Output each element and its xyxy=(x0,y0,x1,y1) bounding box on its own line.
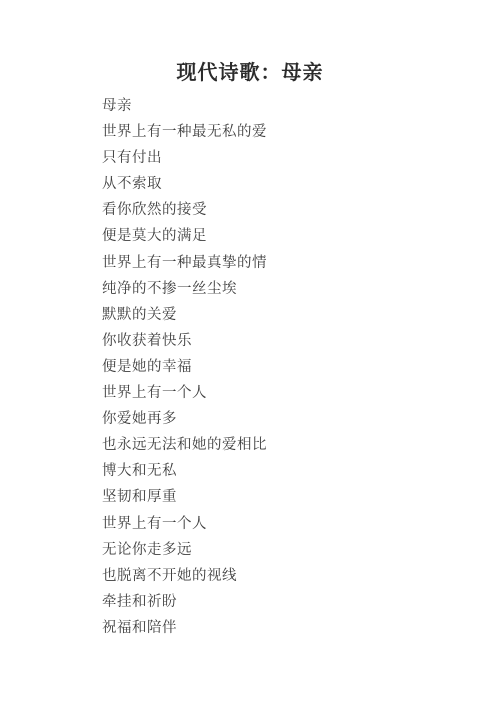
poem-line: 母亲 xyxy=(102,93,460,119)
poem-line: 祝福和陪伴 xyxy=(102,615,460,641)
poem-line: 博大和无私 xyxy=(102,458,460,484)
poem-line: 牵挂和祈盼 xyxy=(102,589,460,615)
poem-body: 母亲 世界上有一种最无私的爱 只有付出 从不索取 看你欣然的接受 便是莫大的满足… xyxy=(102,93,460,641)
poem-line: 世界上有一个人 xyxy=(102,511,460,537)
poem-line: 只有付出 xyxy=(102,145,460,171)
poem-line: 世界上有一个人 xyxy=(102,380,460,406)
poem-line: 看你欣然的接受 xyxy=(102,197,460,223)
poem-line: 也脱离不开她的视线 xyxy=(102,563,460,589)
poem-line: 世界上有一种最无私的爱 xyxy=(102,119,460,145)
poem-line: 也永远无法和她的爱相比 xyxy=(102,432,460,458)
document-page: 现代诗歌：母亲 母亲 世界上有一种最无私的爱 只有付出 从不索取 看你欣然的接受… xyxy=(0,0,500,707)
poem-line: 纯净的不掺一丝尘埃 xyxy=(102,276,460,302)
poem-line: 默默的关爱 xyxy=(102,302,460,328)
poem-line: 世界上有一种最真挚的情 xyxy=(102,250,460,276)
poem-title: 现代诗歌：母亲 xyxy=(0,0,500,84)
poem-line: 坚韧和厚重 xyxy=(102,484,460,510)
poem-line: 便是她的幸福 xyxy=(102,354,460,380)
poem-line: 你收获着快乐 xyxy=(102,328,460,354)
poem-line: 你爱她再多 xyxy=(102,406,460,432)
poem-line: 从不索取 xyxy=(102,171,460,197)
poem-line: 无论你走多远 xyxy=(102,537,460,563)
poem-line: 便是莫大的满足 xyxy=(102,223,460,249)
